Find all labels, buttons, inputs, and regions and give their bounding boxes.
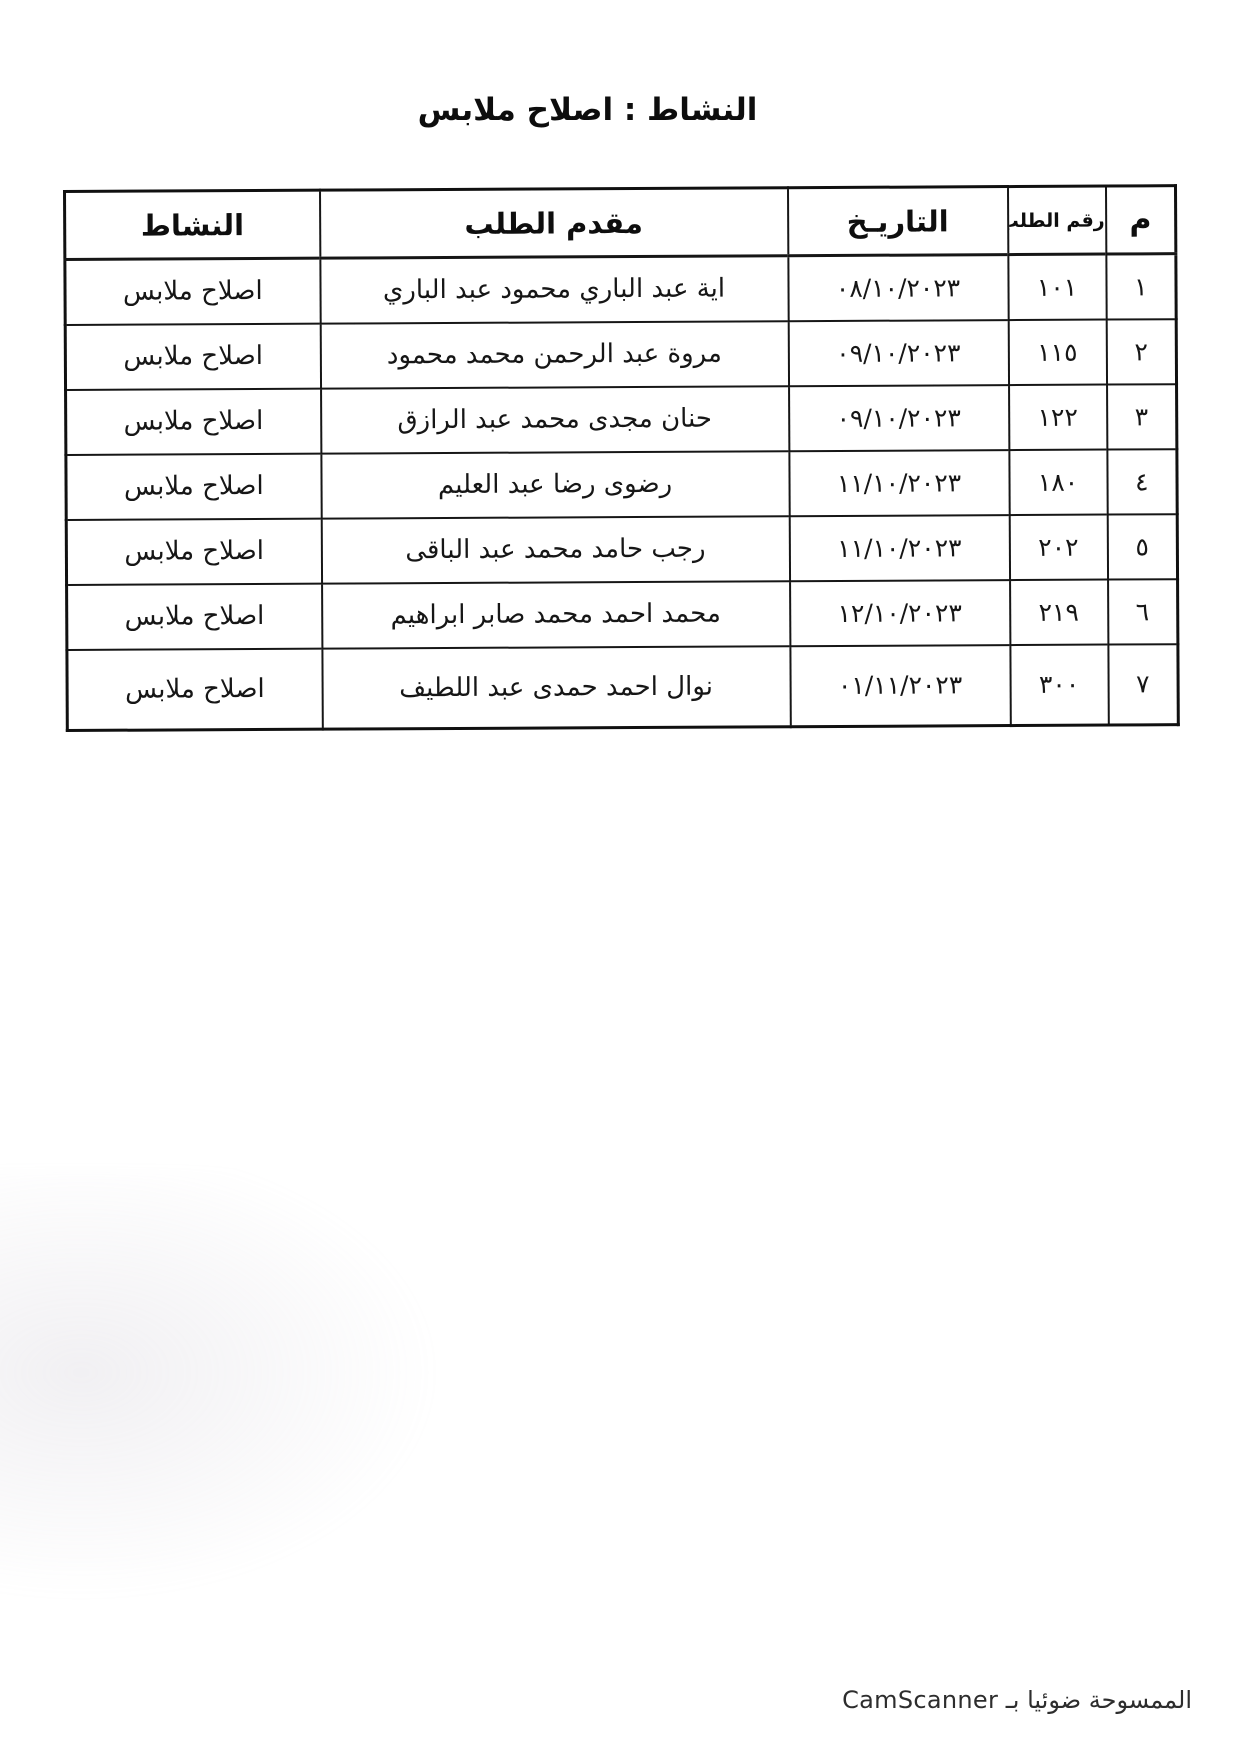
page-title: النشاط : اصلاح ملابس [0,92,1175,128]
cell-date: ١١/١٠/٢٠٢٣ [789,515,1009,581]
cell-applicant: رضوى رضا عبد العليم [321,451,789,518]
cell-date: ١١/١٠/٢٠٢٣ [789,450,1009,516]
cell-request-no: ٢١٩ [1010,579,1108,645]
header-activity: النشاط [65,190,320,259]
table-row: ٤ ١٨٠ ١١/١٠/٢٠٢٣ رضوى رضا عبد العليم اصل… [66,449,1177,520]
table-row: ٢ ١١٥ ٠٩/١٠/٢٠٢٣ مروة عبد الرحمن محمد مح… [65,319,1176,390]
scan-shadow-artifact [0,1170,470,1620]
cell-activity: اصلاح ملابس [66,453,321,519]
cell-date: ١٢/١٠/٢٠٢٣ [790,580,1010,646]
header-applicant: مقدم الطلب [320,188,788,258]
cell-date: ٠١/١١/٢٠٢٣ [790,645,1010,727]
cell-serial: ٢ [1106,319,1176,384]
table-row: ١ ١٠١ ٠٨/١٠/٢٠٢٣ اية عبد الباري محمود عب… [65,254,1176,325]
header-serial: م [1105,186,1175,254]
cell-serial: ٣ [1107,384,1177,449]
cell-date: ٠٨/١٠/٢٠٢٣ [788,255,1008,321]
camscanner-credit: الممسوحة ضوئيا بـ CamScanner [842,1686,1192,1714]
cell-serial: ٦ [1108,579,1178,644]
cell-serial: ٤ [1107,449,1177,514]
cell-activity: اصلاح ملابس [65,323,320,389]
table-header: م رقم الطلب التاريـخ مقدم الطلب النشاط [65,186,1176,260]
cell-activity: اصلاح ملابس [67,583,322,649]
cell-serial: ١ [1106,254,1176,319]
requests-table-wrapper: م رقم الطلب التاريـخ مقدم الطلب النشاط ١… [66,184,1180,732]
table-row: ٣ ١٢٢ ٠٩/١٠/٢٠٢٣ حنان مجدى محمد عبد الرا… [66,384,1177,455]
scanned-document-page: النشاط : اصلاح ملابس م رقم الطلب التاريـ… [0,0,1240,1755]
cell-applicant: محمد احمد محمد صابر ابراهيم [322,581,790,648]
header-request-no: رقم الطلب [1007,186,1105,255]
cell-request-no: ٣٠٠ [1010,644,1108,726]
cell-date: ٠٩/١٠/٢٠٢٣ [789,385,1009,451]
header-date: التاريـخ [787,187,1007,256]
cell-request-no: ١١٥ [1008,319,1106,385]
cell-date: ٠٩/١٠/٢٠٢٣ [788,320,1008,386]
table-row: ٦ ٢١٩ ١٢/١٠/٢٠٢٣ محمد احمد محمد صابر ابر… [67,579,1178,650]
cell-activity: اصلاح ملابس [65,258,320,324]
cell-serial: ٧ [1108,644,1178,725]
cell-request-no: ٢٠٢ [1009,514,1107,580]
header-row: م رقم الطلب التاريـخ مقدم الطلب النشاط [65,186,1176,260]
cell-activity: اصلاح ملابس [66,518,321,584]
table-row: ٥ ٢٠٢ ١١/١٠/٢٠٢٣ رجب حامد محمد عبد الباق… [66,514,1177,585]
requests-table: م رقم الطلب التاريـخ مقدم الطلب النشاط ١… [63,184,1180,732]
cell-applicant: اية عبد الباري محمود عبد الباري [320,256,788,323]
cell-activity: اصلاح ملابس [67,648,322,730]
cell-applicant: نوال احمد حمدى عبد اللطيف [322,646,790,729]
cell-request-no: ١٨٠ [1009,449,1107,515]
cell-request-no: ١٠١ [1008,254,1106,320]
cell-applicant: مروة عبد الرحمن محمد محمود [320,321,788,388]
cell-request-no: ١٢٢ [1009,384,1107,450]
cell-serial: ٥ [1107,514,1177,579]
table-body: ١ ١٠١ ٠٨/١٠/٢٠٢٣ اية عبد الباري محمود عب… [65,254,1178,731]
table-row: ٧ ٣٠٠ ٠١/١١/٢٠٢٣ نوال احمد حمدى عبد اللط… [67,644,1178,731]
cell-applicant: رجب حامد محمد عبد الباقى [321,516,789,583]
cell-activity: اصلاح ملابس [66,388,321,454]
cell-applicant: حنان مجدى محمد عبد الرازق [321,386,789,453]
